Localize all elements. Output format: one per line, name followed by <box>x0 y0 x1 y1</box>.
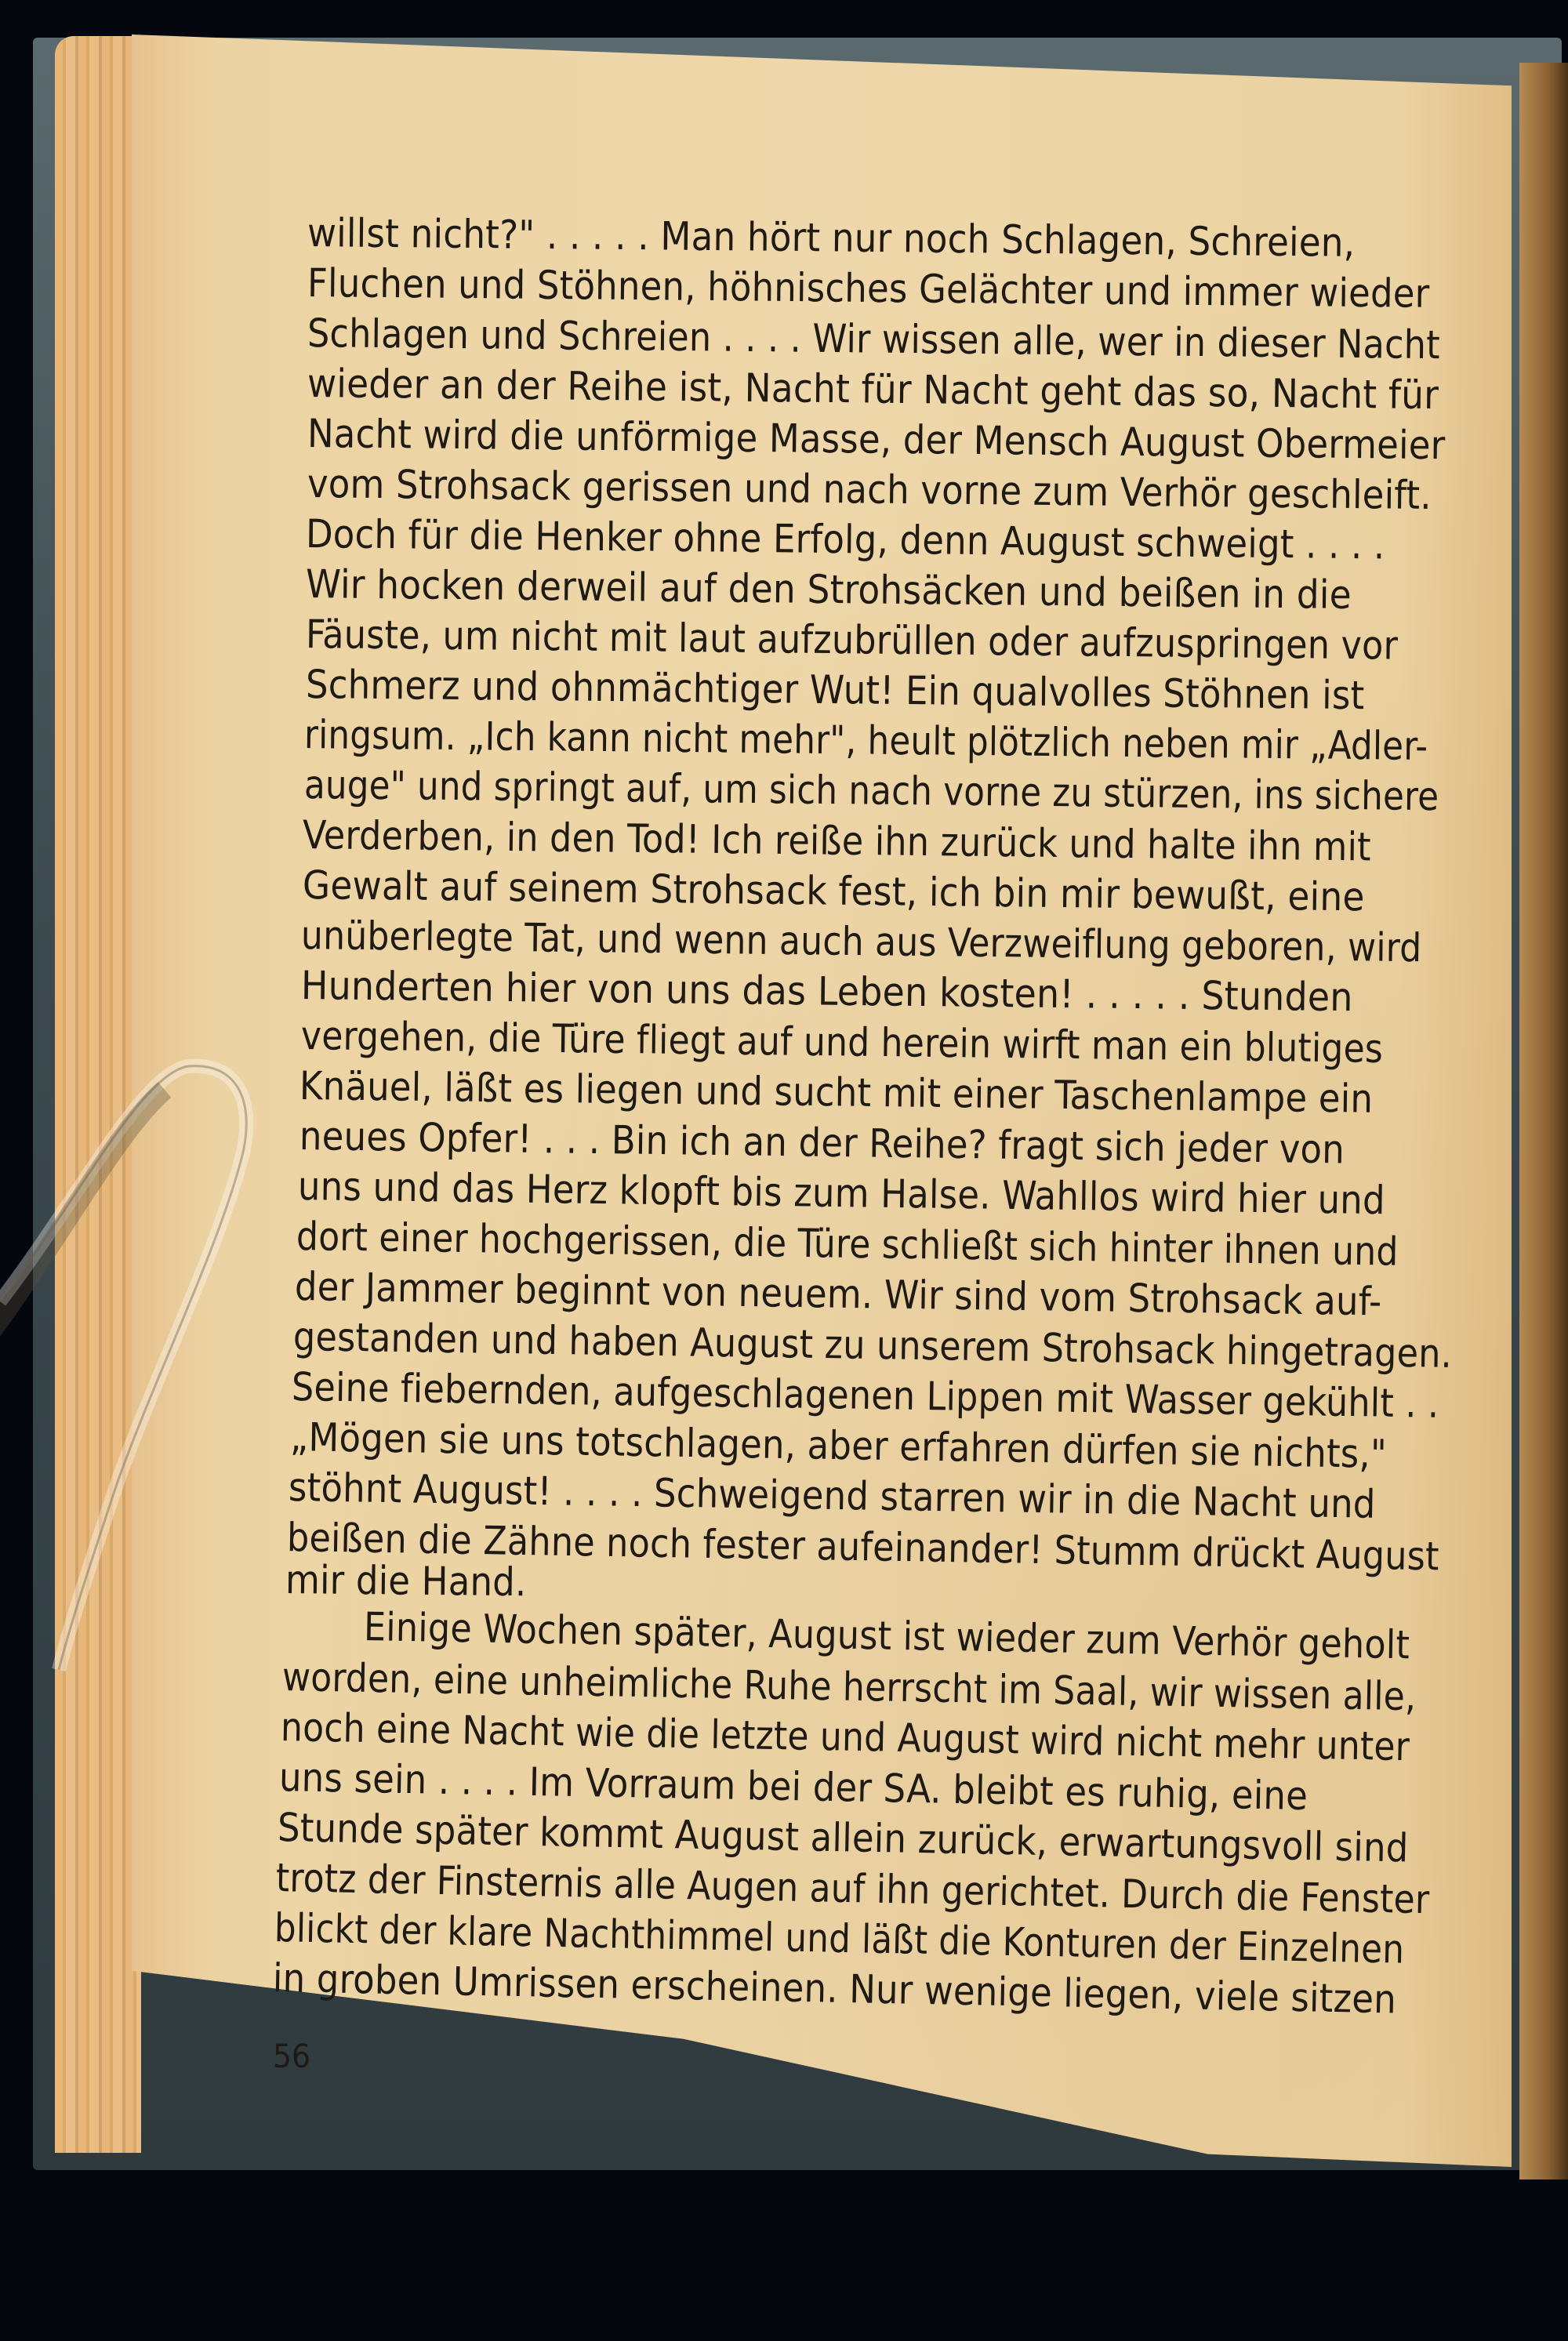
text-line: Fluchen und Stöhnen, höhnisches Gelächte… <box>307 263 1430 314</box>
text-line: Nacht wird die unförmige Masse, der Mens… <box>307 414 1446 465</box>
text-line: vergehen, die Türe fliegt auf und herein… <box>301 1016 1384 1069</box>
text-line: vom Strohsack gerissen und nach vorne zu… <box>307 464 1432 515</box>
text-line: willst nicht?" . . . . . Man hört nur no… <box>307 213 1356 263</box>
page-number: 56 <box>273 2037 310 2075</box>
text-line: der Jammer beginnt von neuem. Wir sind v… <box>295 1267 1382 1321</box>
text-line: mir die Hand. <box>285 1560 527 1602</box>
text-line: stöhnt August! . . . . Schweigend starre… <box>289 1468 1376 1524</box>
page-text: willst nicht?" . . . . . Man hört nur no… <box>0 0 1568 2341</box>
text-line: unüberlegte Tat, und wenn auch aus Verzw… <box>301 916 1422 967</box>
text-line: Wir hocken derweil auf den Strohsäcken u… <box>306 564 1352 615</box>
text-line: Verderben, in den Tod! Ich reiße ihn zur… <box>303 815 1371 866</box>
text-line: Schlagen und Schreien . . . . Wir wissen… <box>307 314 1440 365</box>
text-line: neues Opfer! . . . Bin ich an der Reihe?… <box>299 1116 1345 1169</box>
text-line: auge" und springt auf, um sich nach vorn… <box>304 765 1439 816</box>
text-line: dort einer hochgerissen, die Türe schlie… <box>296 1217 1399 1272</box>
text-line: ringsum. „Ich kann nicht mehr", heult pl… <box>304 715 1428 766</box>
text-line: Doch für die Henker ohne Erfolg, denn Au… <box>306 514 1385 564</box>
text-line: Hunderten hier von uns das Leben kosten!… <box>301 966 1353 1017</box>
text-line: Knäuel, läßt es liegen und sucht mit ein… <box>299 1066 1374 1119</box>
text-line: Fäuste, um nicht mit laut aufzubrüllen o… <box>306 615 1399 666</box>
text-line: uns und das Herz klopft bis zum Halse. W… <box>298 1167 1385 1220</box>
text-line: gestanden und haben August zu unserem St… <box>293 1317 1453 1374</box>
text-line: Seine fiebernden, aufgeschlagenen Lippen… <box>292 1367 1439 1424</box>
text-line: Einige Wochen später, August ist wieder … <box>364 1607 1410 1664</box>
text-line: wieder an der Reihe ist, Nacht für Nacht… <box>307 364 1439 415</box>
text-line: „Mögen sie uns totschlagen, aber erfahre… <box>290 1417 1388 1474</box>
text-line: Schmerz und ohnmächtiger Wut! Ein qualvo… <box>306 665 1365 715</box>
text-line: Gewalt auf seinem Strohsack fest, ich bi… <box>303 866 1365 916</box>
